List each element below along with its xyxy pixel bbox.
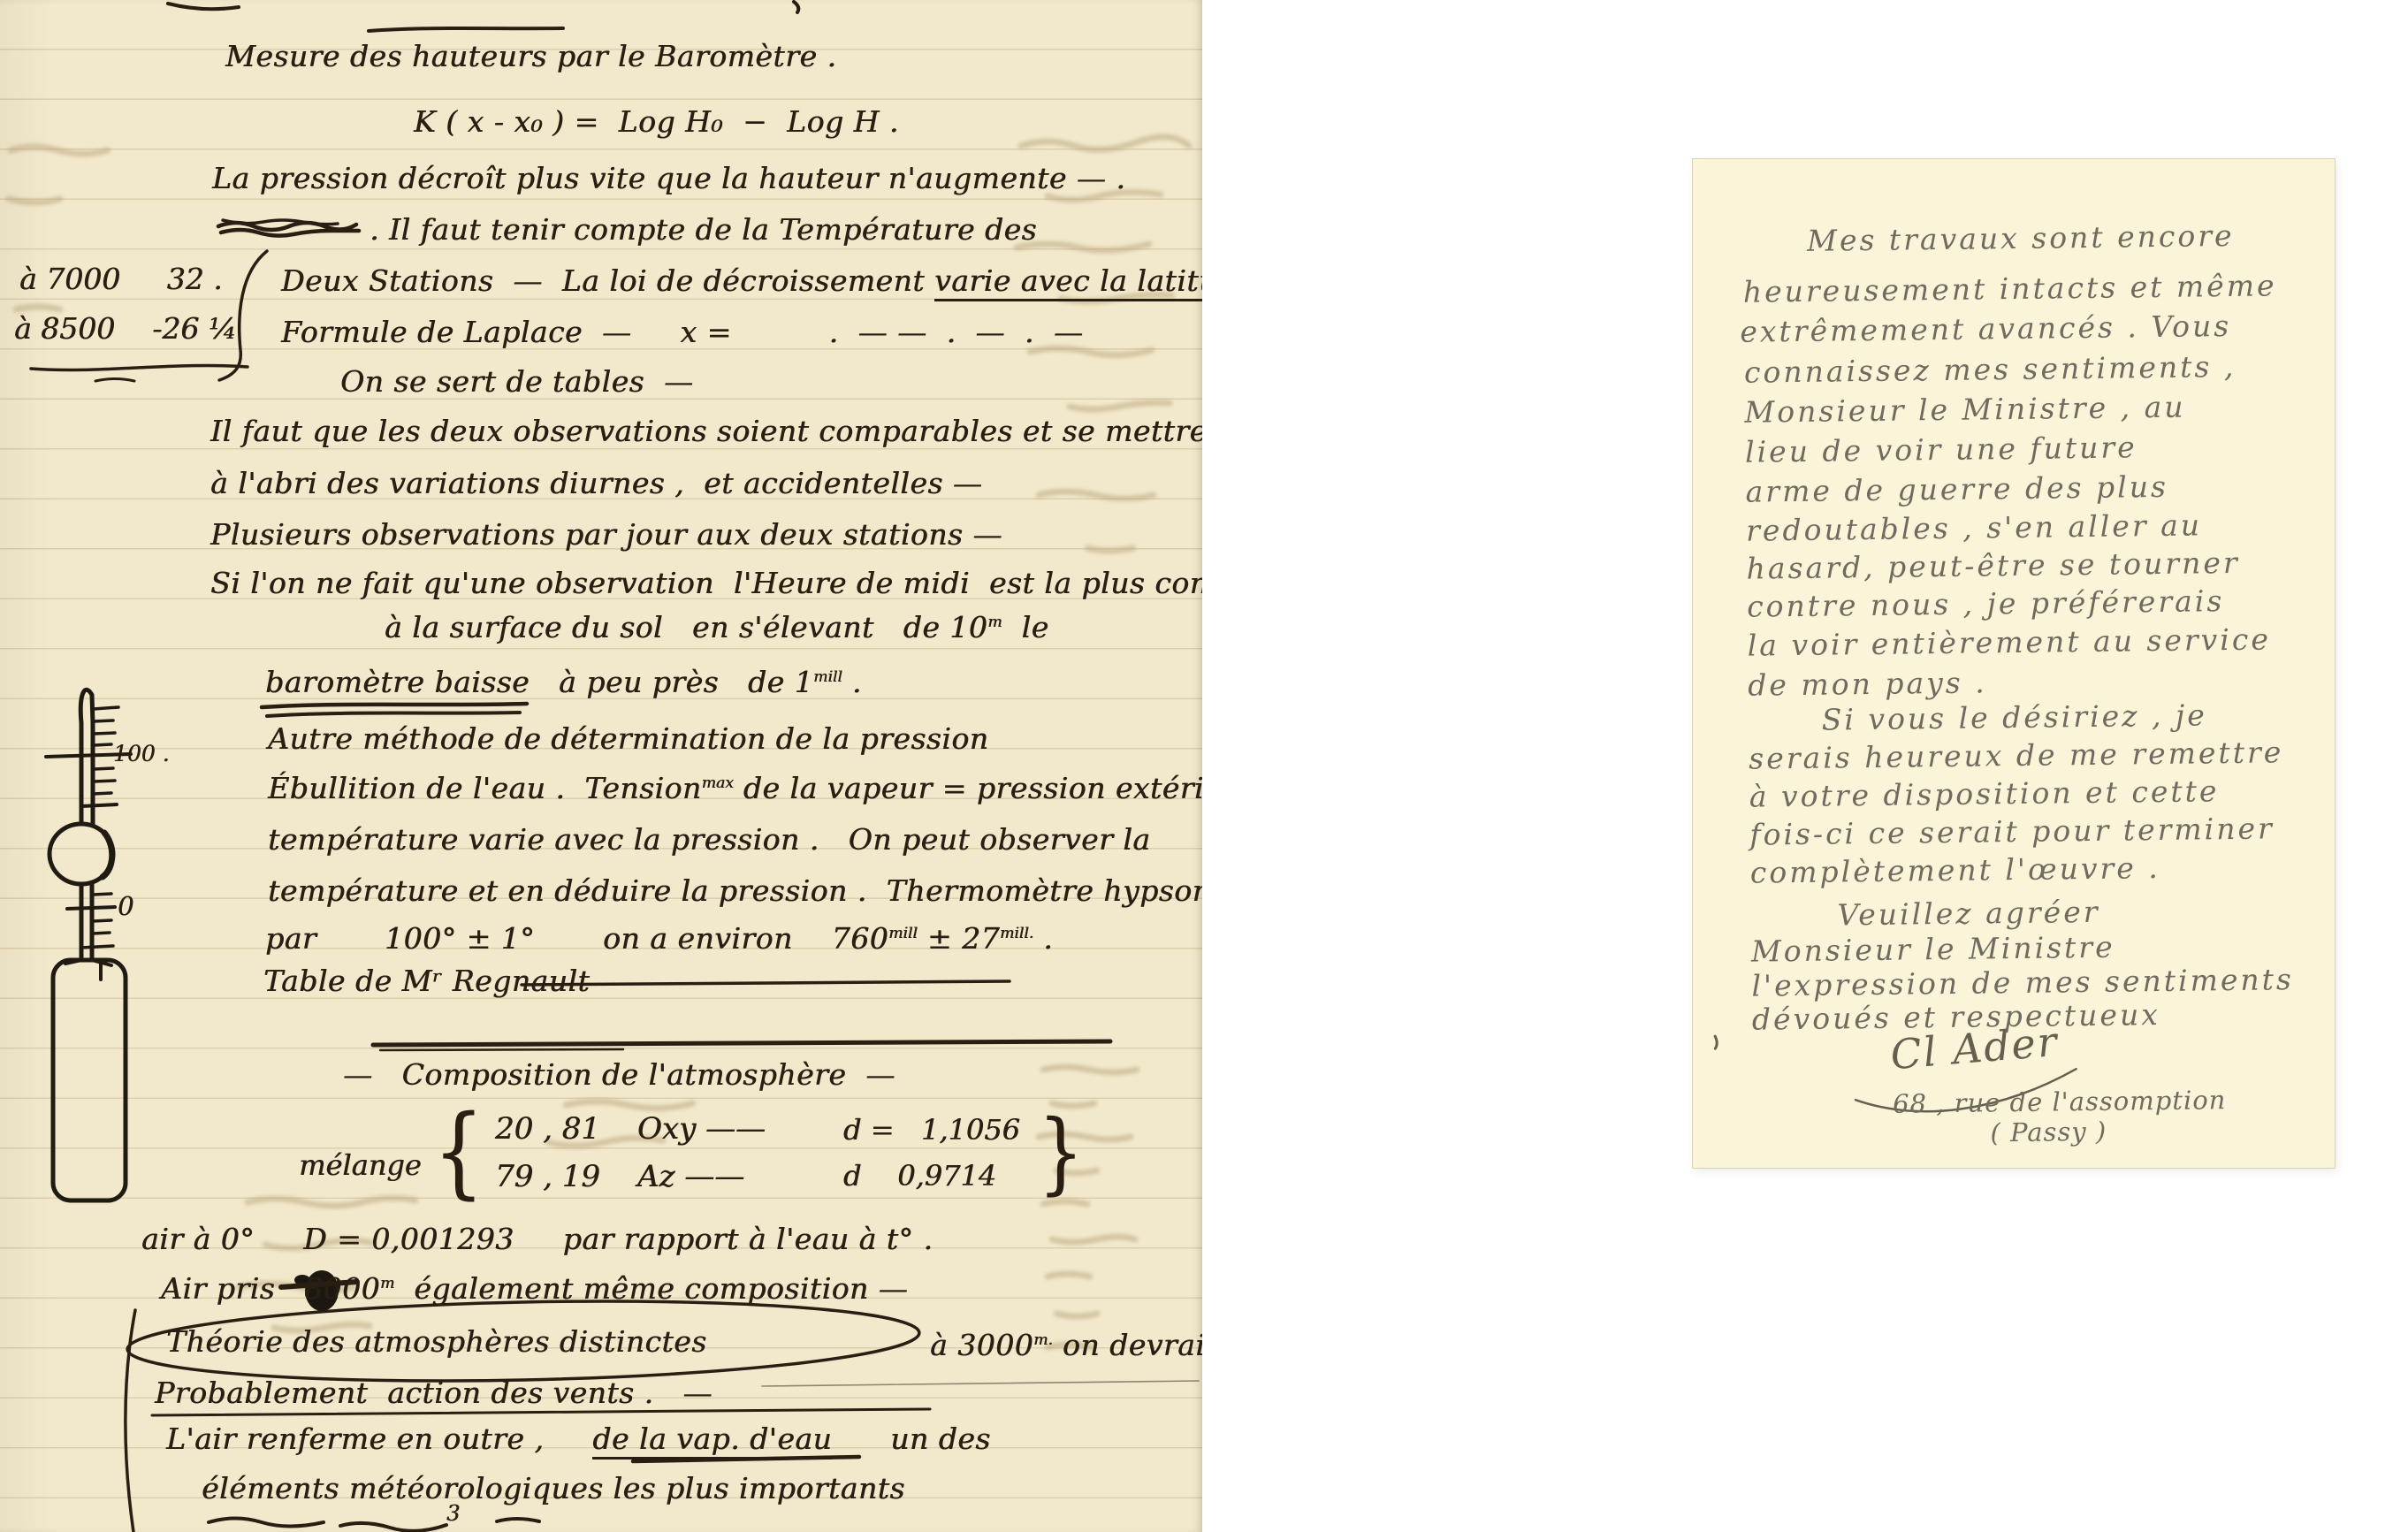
section-heading-composition: — Composition de l'atmosphère — (343, 1057, 895, 1092)
letter-line: complètement l'œuvre . (1750, 850, 2160, 890)
line-ebullition: Ébullition de l'eau . Tensionmax de la v… (268, 771, 1202, 805)
gas-column: Oxy —— Az —— (637, 1111, 766, 1194)
letter-line: Monsieur le Ministre (1751, 930, 2115, 969)
line-temperature-1: température varie avec la pression . On … (268, 822, 1150, 857)
notebook-page: 100 . 0 à 7000 32 . à 8500 -26 ¼ Mesure … (0, 0, 1202, 1532)
line-elements-meteo: éléments météorologiques les plus import… (202, 1471, 905, 1505)
address-line-1: 68 , rue de l'assomption (1893, 1085, 2227, 1119)
letter-line: Monsieur le Ministre , au (1744, 390, 2186, 430)
underlined-varie-latitude: varie avec la latitude (934, 263, 1202, 301)
melange-table: mélange { 20 , 81 79 , 19 Oxy —— Az —— d… (299, 1110, 1094, 1194)
line-hypsometre-values: par 100° ± 1° on a environ 760mill ± 27m… (265, 921, 1053, 956)
margin-note-8500: à 8500 -26 ¼ (14, 311, 237, 346)
letter-body: Mes travaux sont encore heureusement int… (1693, 159, 2335, 1168)
letter-line: arme de guerre des plus (1745, 469, 2168, 509)
letter-line: extrêmement avancés . Vous (1740, 309, 2231, 349)
letter-line: contre nous , je préférerais (1747, 583, 2225, 624)
line-theorie-circled: Théorie des atmosphères distinctes (166, 1324, 707, 1359)
footnote-3: 3 (446, 1501, 461, 1526)
close-brace: } (1038, 1115, 1083, 1190)
letter-line: Veuillez agréer (1837, 895, 2100, 933)
line-air-density: air à 0° D = 0,001293 par rapport à l'ea… (141, 1222, 933, 1256)
line-il-faut-tenir: . Il faut tenir compte de la Température… (370, 212, 1037, 247)
letter-line: redoutables , s'en aller au (1746, 507, 2202, 547)
line-deux-stations: Deux Stations — La loi de décroissement … (281, 263, 1202, 298)
thermometer-label-100: 100 . (113, 741, 170, 766)
letter-line: la voir entièrement au service (1747, 621, 2271, 662)
line-tables: On se sert de tables — (340, 364, 693, 399)
letter-line: de mon pays . (1748, 665, 1987, 702)
percent-column: 20 , 81 79 , 19 (495, 1111, 600, 1194)
line-pression: La pression décroît plus vite que la hau… (212, 161, 1125, 195)
density-column: d = 1,1056 d 0,9714 (843, 1113, 1020, 1193)
line-temperature-2: température et en déduire la pression . … (268, 873, 1202, 908)
letter-line: l'expression de mes sentiments (1751, 962, 2294, 1002)
line-surface: à la surface du sol en s'élevant de 10m … (385, 610, 1049, 644)
line-laplace: Formule de Laplace — x = . — — . — . — (281, 315, 1083, 349)
letter-line: Mes travaux sont encore (1807, 218, 2235, 258)
letter-line: serais heureux de me remettre (1749, 735, 2283, 775)
letter-page: Mes travaux sont encore heureusement int… (1693, 159, 2335, 1168)
letter-line: connaissez mes sentiments , (1744, 349, 2237, 390)
margin-note-7000: à 7000 32 . (19, 262, 223, 296)
line-comparables: Il faut que les deux observations soient… (210, 414, 1202, 448)
address-line-2: ( Passy ) (1990, 1117, 2107, 1148)
barometric-formula: K ( x - x₀ ) = Log H₀ − Log H . (414, 104, 899, 139)
letter-line: à votre disposition et cette (1749, 774, 2220, 813)
line-barometre-baisse: baromètre baisse à peu près de 1mill . (265, 665, 862, 699)
line-autre-methode: Autre méthode de détermination de la pre… (268, 721, 988, 756)
letter-line: fois-ci ce serait pour terminer (1749, 811, 2275, 851)
letter-line: lieu de voir une future (1745, 430, 2137, 469)
line-theorie-note: à 3000m. on devrait avoir 19 % Oxyg . (930, 1328, 1202, 1362)
line-si-lon: Si l'on ne fait qu'une observation l'Heu… (210, 566, 1202, 600)
thermometer-label-0: 0 (118, 891, 133, 921)
letter-line: heureusement intacts et même (1743, 268, 2277, 309)
line-regnault: Table de Mʳ Regnault (263, 964, 590, 998)
manuscript-scan: 100 . 0 à 7000 32 . à 8500 -26 ¼ Mesure … (0, 0, 2408, 1532)
open-brace: { (433, 1110, 484, 1194)
underlined-vap-eau: de la vap. d'eau (592, 1421, 832, 1460)
letter-line: hasard, peut-être se tourner (1746, 545, 2239, 586)
line-vapeur-eau: L'air renferme en outre , de la vap. d'e… (166, 1421, 991, 1456)
line-probablement: Probablement action des vents . — (155, 1376, 712, 1410)
line-plusieurs: Plusieurs observations par jour aux deux… (210, 517, 1002, 552)
line-air-8000: Air pris 8000m également même compositio… (161, 1271, 908, 1306)
letter-line: Si vous le désiriez , je (1822, 697, 2207, 736)
melange-label: mélange (299, 1148, 422, 1182)
page-title: Mesure des hauteurs par le Baromètre . (225, 39, 836, 73)
line-abri: à l'abri des variations diurnes , et acc… (210, 466, 982, 500)
